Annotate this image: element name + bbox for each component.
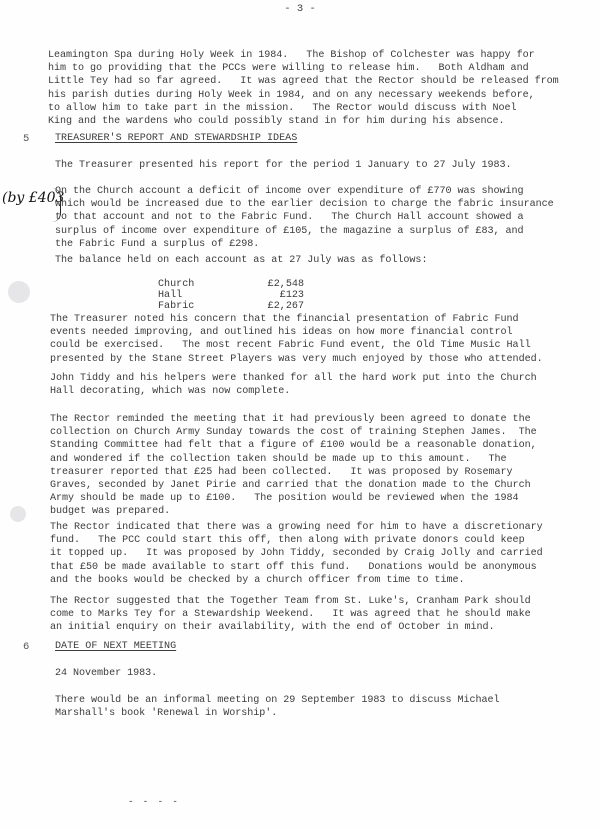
balances-table: Church £2,548 Hall £123 Fabric £2,267 [158,279,304,312]
balance-row: Hall £123 [158,290,304,301]
account-name: Fabric [158,301,254,312]
section-number: 5 [23,133,29,145]
intro-paragraph: Leamington Spa during Holy Week in 1984.… [48,49,559,128]
section-number: 6 [23,641,29,653]
next-meeting-date: 24 November 1983. [55,667,157,680]
account-amount: £2,548 [254,279,304,290]
fabric-paragraph: The Treasurer noted his concern that the… [50,313,543,366]
account-name: Hall [158,290,254,301]
together-team-paragraph: The Rector suggested that the Together T… [50,595,531,635]
page-number: - 3 - [0,3,600,15]
account-amount: £2,267 [254,301,304,312]
report-line: The Treasurer presented his report for t… [55,159,512,172]
document-page: - 3 - Leamington Spa during Holy Week in… [0,0,600,829]
punch-hole [10,506,26,522]
accounts-paragraph: On the Church account a deficit of incom… [55,185,554,251]
balance-intro: The balance held on each account as at 2… [55,254,427,267]
informal-meeting-paragraph: There would be an informal meeting on 29… [55,694,500,720]
account-name: Church [158,279,254,290]
section-title: TREASURER'S REPORT AND STEWARDSHIP IDEAS [55,133,297,144]
balance-row: Church £2,548 [158,279,304,290]
footer-marks: - - - - [128,797,180,807]
section-title: DATE OF NEXT MEETING [55,641,176,652]
account-amount: £123 [254,290,304,301]
punch-hole [8,281,30,303]
discretionary-paragraph: The Rector indicated that there was a gr… [50,521,543,587]
church-army-paragraph: The Rector reminded the meeting that it … [50,413,537,519]
balance-row: Fabric £2,267 [158,301,304,312]
tiddy-paragraph: John Tiddy and his helpers were thanked … [50,372,537,398]
